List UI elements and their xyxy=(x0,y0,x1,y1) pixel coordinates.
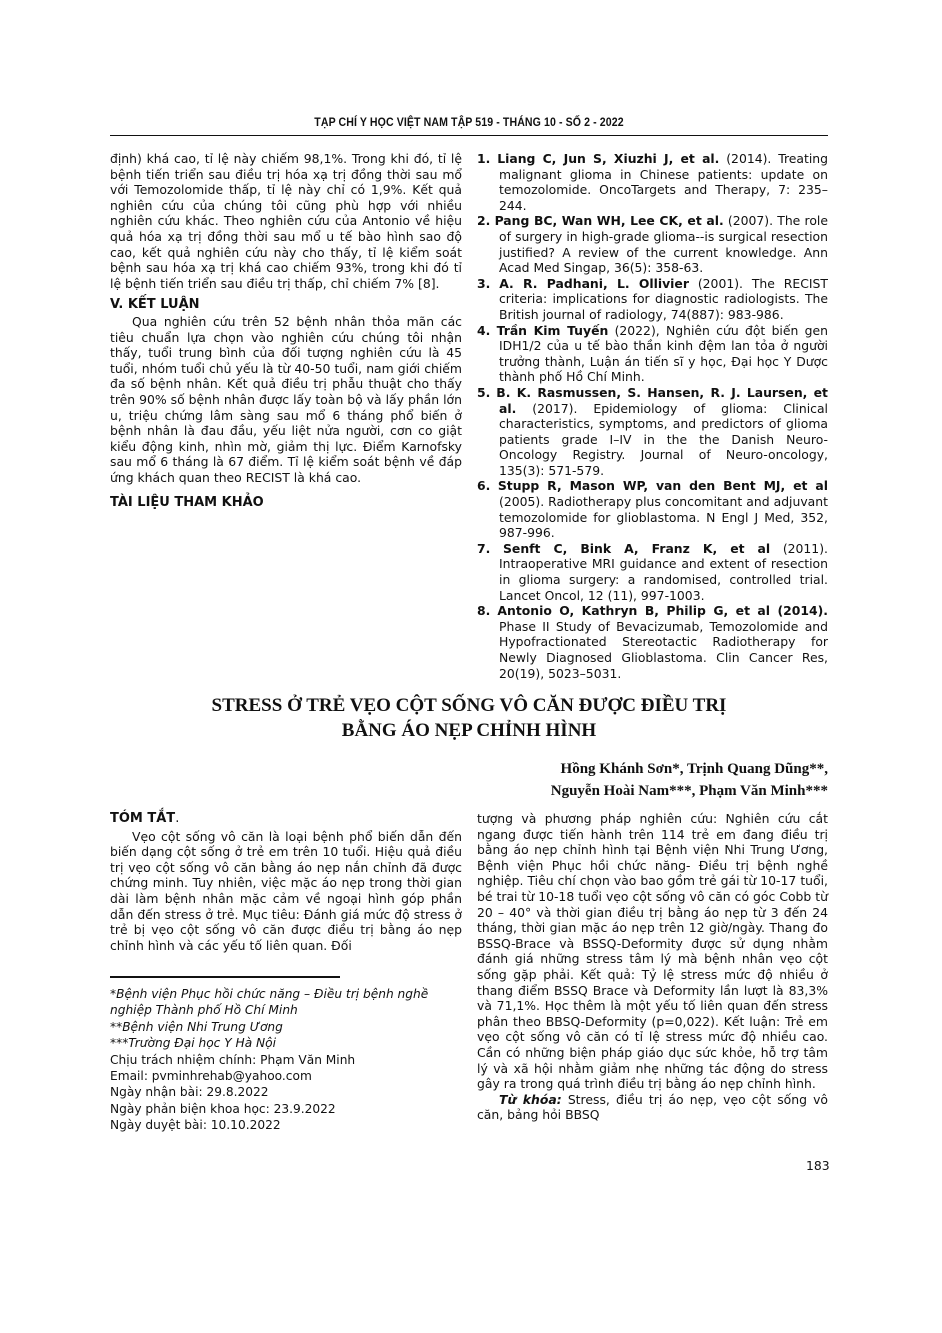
footnote-rule xyxy=(110,976,340,978)
abstract-text-left: Vẹo cột sống vô căn là loại bệnh phổ biế… xyxy=(110,829,462,954)
corresponding-author: Chịu trách nhiệm chính: Phạm Văn Minh xyxy=(110,1052,470,1068)
article-title-line-2: BẰNG ÁO NẸP CHỈNH HÌNH xyxy=(110,718,828,743)
journal-page: TẠP CHÍ Y HỌC VIỆT NAM TẬP 519 - THÁNG 1… xyxy=(0,0,942,1333)
reference-item: 4. Trần Kim Tuyến (2022), Nghiên cứu đột… xyxy=(477,323,828,385)
abstract-right-column: tượng và phương pháp nghiên cứu: Nghiên … xyxy=(477,811,828,1123)
abstract-left-column: TÓM TẮT. Vẹo cột sống vô căn là loại bện… xyxy=(110,811,462,953)
keywords-label: Từ khóa: xyxy=(499,1092,562,1107)
continuation-paragraph: định) khá cao, tỉ lệ này chiếm 98,1%. Tr… xyxy=(110,151,462,291)
references-list: 1. Liang C, Jun S, Xiuzhi J, et al. (201… xyxy=(477,151,828,681)
affiliation-3: ***Trường Đại học Y Hà Nội xyxy=(110,1035,470,1051)
keywords: Từ khóa: Stress, điều trị áo nẹp, vẹo cộ… xyxy=(477,1092,828,1123)
authors-line-1: Hồng Khánh Sơn*, Trịnh Quang Dũng**, xyxy=(551,758,828,780)
authors-line-2: Nguyễn Hoài Nam***, Phạm Văn Minh*** xyxy=(551,780,828,802)
header-rule xyxy=(110,135,828,136)
abstract-heading: TÓM TẮT. xyxy=(110,811,462,827)
article-title-line-1: STRESS Ở TRẺ VẸO CỘT SỐNG VÔ CĂN ĐƯỢC ĐI… xyxy=(110,693,828,718)
date-received: Ngày nhận bài: 29.8.2022 xyxy=(110,1084,470,1100)
article-title: STRESS Ở TRẺ VẸO CỘT SỐNG VÔ CĂN ĐƯỢC ĐI… xyxy=(110,693,828,743)
reference-item: 6. Stupp R, Mason WP, van den Bent MJ, e… xyxy=(477,478,828,540)
running-header: TẠP CHÍ Y HỌC VIỆT NAM TẬP 519 - THÁNG 1… xyxy=(139,117,800,129)
reference-item: 3. A. R. Padhani, L. Ollivier (2001). Th… xyxy=(477,276,828,323)
reference-item: 7. Senft C, Bink A, Franz K, et al (2011… xyxy=(477,541,828,603)
footnotes: *Bệnh viện Phục hồi chức năng – Điều trị… xyxy=(110,986,470,1134)
article-authors: Hồng Khánh Sơn*, Trịnh Quang Dũng**, Ngu… xyxy=(551,758,828,802)
date-reviewed: Ngày phản biện khoa học: 23.9.2022 xyxy=(110,1101,470,1117)
reference-item: 5. B. K. Rasmussen, S. Hansen, R. J. Lau… xyxy=(477,385,828,479)
previous-article-left-column: định) khá cao, tỉ lệ này chiếm 98,1%. Tr… xyxy=(110,151,462,512)
email: Email: pvminhrehab@yahoo.com xyxy=(110,1068,470,1084)
reference-item: 8. Antonio O, Kathryn B, Philip G, et al… xyxy=(477,603,828,681)
affiliation-1: *Bệnh viện Phục hồi chức năng – Điều trị… xyxy=(110,986,470,1019)
affiliation-2: **Bệnh viện Nhi Trung Ương xyxy=(110,1019,470,1035)
conclusion-heading: V. KẾT LUẬN xyxy=(110,297,462,313)
conclusion-paragraph: Qua nghiên cứu trên 52 bệnh nhân thỏa mã… xyxy=(110,314,462,486)
reference-item: 2. Pang BC, Wan WH, Lee CK, et al. (2007… xyxy=(477,213,828,275)
page-number: 183 xyxy=(806,1158,830,1173)
abstract-text-right: tượng và phương pháp nghiên cứu: Nghiên … xyxy=(477,811,828,1092)
date-accepted: Ngày duyệt bài: 10.10.2022 xyxy=(110,1117,470,1133)
references-heading: TÀI LIỆU THAM KHẢO xyxy=(110,495,462,511)
reference-item: 1. Liang C, Jun S, Xiuzhi J, et al. (201… xyxy=(477,151,828,213)
